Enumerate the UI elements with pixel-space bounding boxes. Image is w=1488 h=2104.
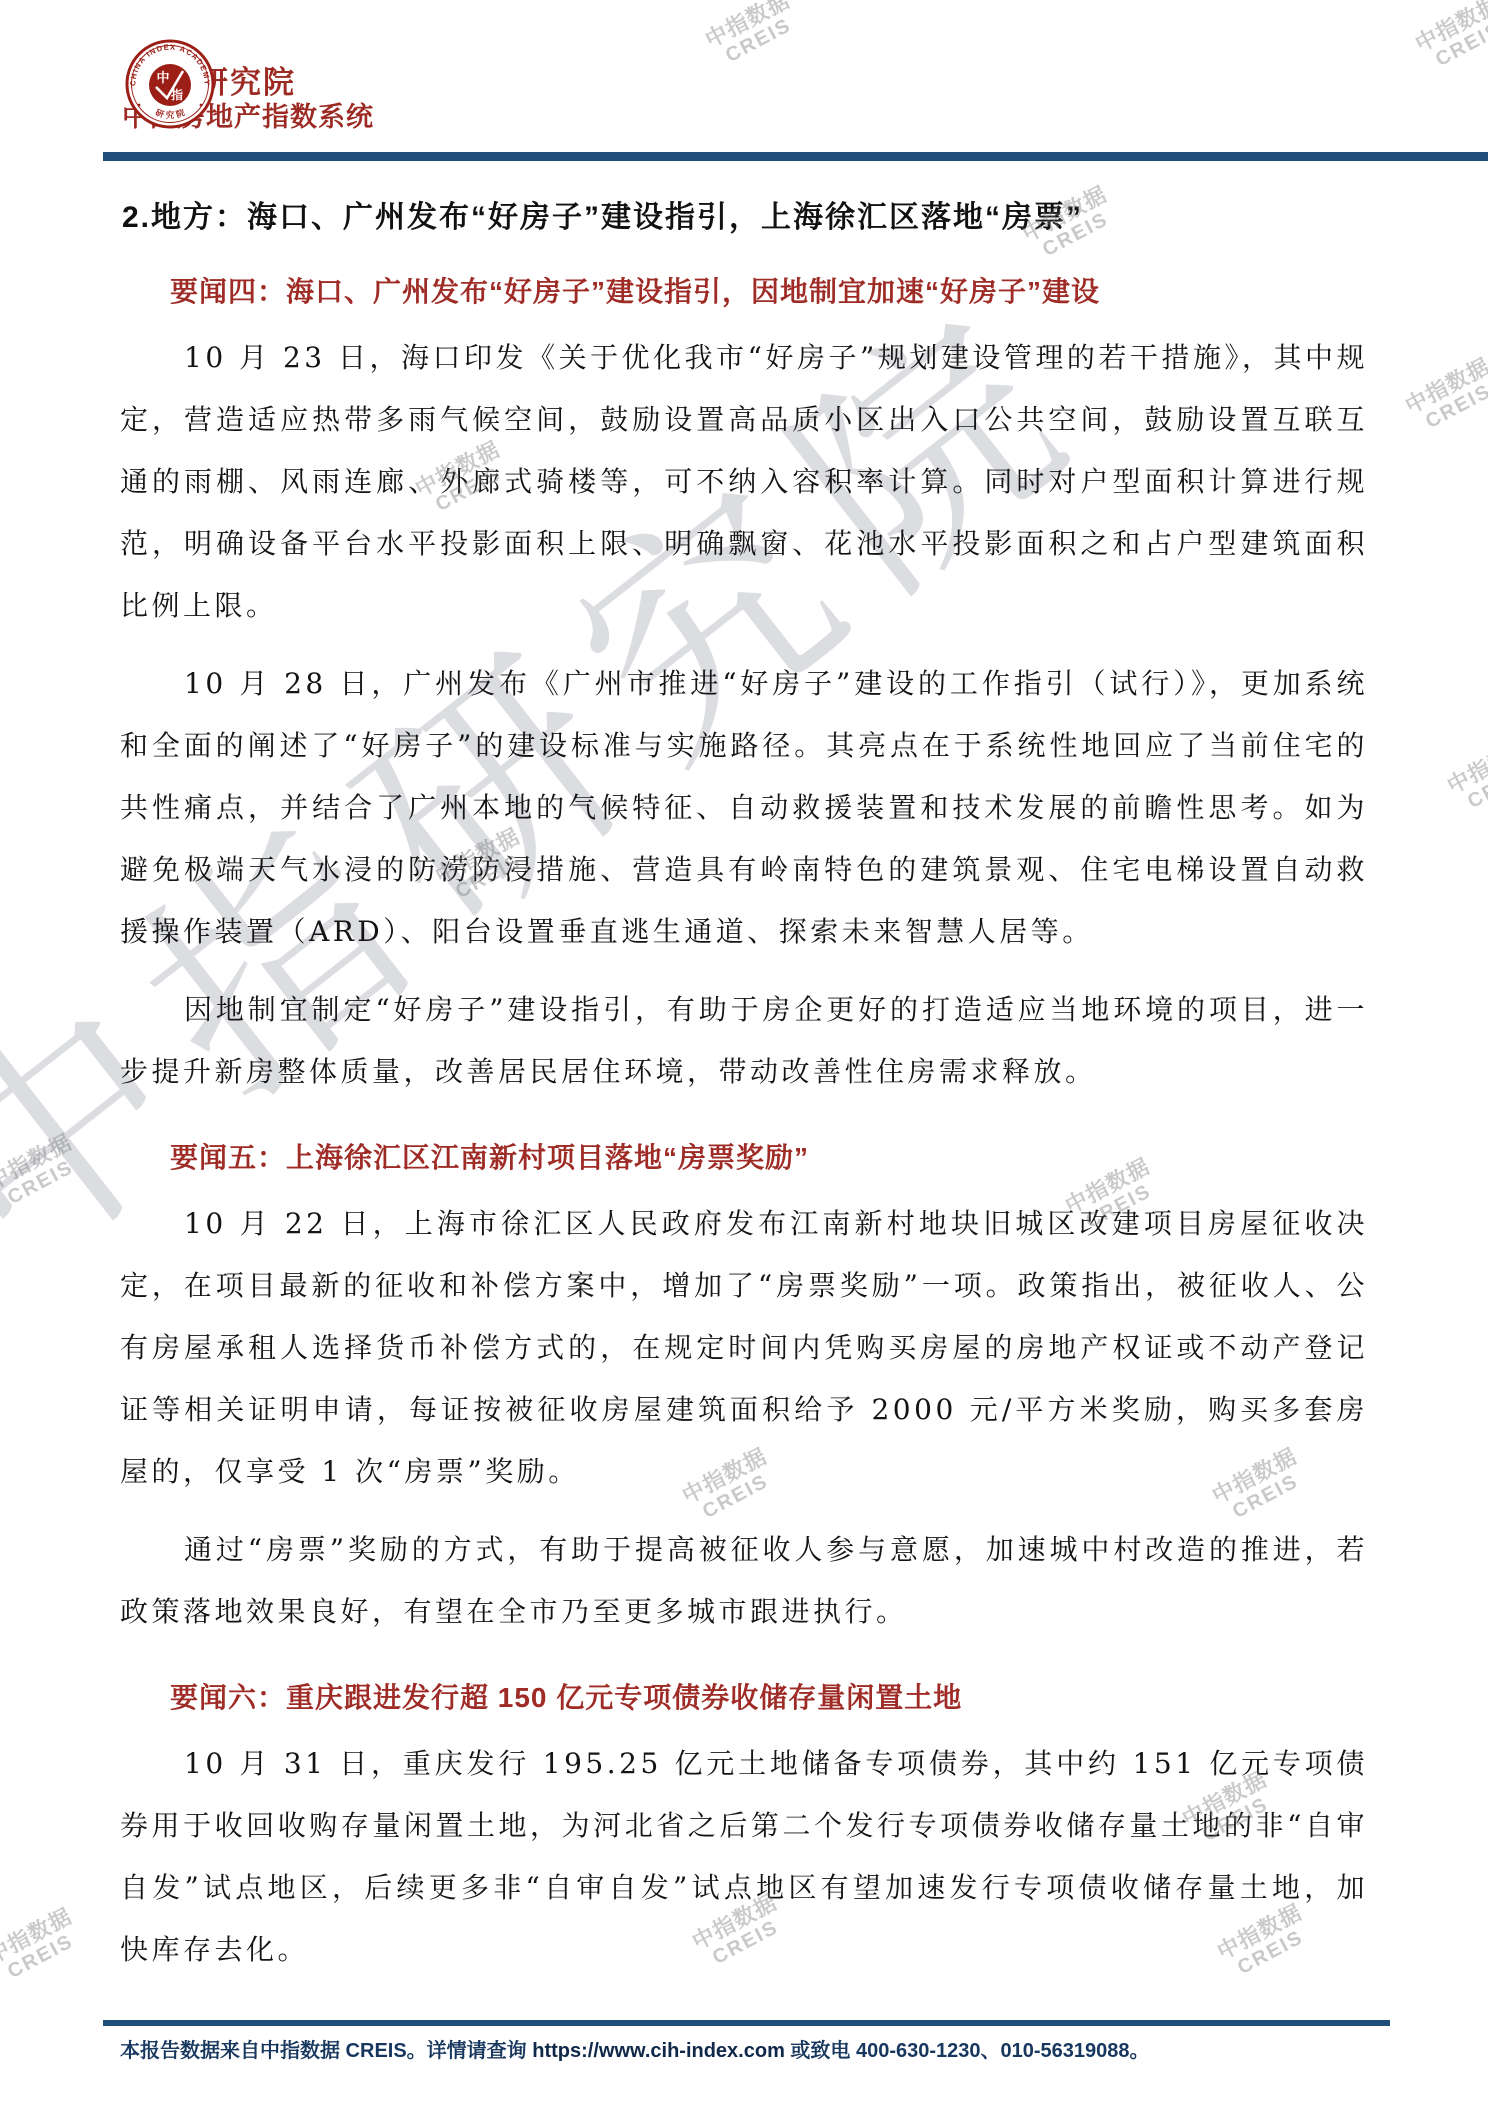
section-title: 2.地方：海口、广州发布“好房子”建设指引，上海徐汇区落地“房票” [122, 199, 1368, 237]
paragraph: 通过“房票”奖励的方式，有助于提高被征收人参与意愿，加速城中村改造的推进，若政策… [120, 1519, 1368, 1643]
article-heading: 要闻五：上海徐汇区江南新村项目落地“房票奖励” [120, 1139, 1368, 1177]
footer-text-prefix: 本报告数据来自中指数据 CREIS。详情请查询 [120, 2040, 532, 2062]
creis-watermark: 中指数据CREIS [1384, 344, 1488, 448]
footer-divider [103, 2020, 1390, 2026]
article-heading: 要闻四：海口、广州发布“好房子”建设指引，因地制宜加速“好房子”建设 [120, 273, 1368, 311]
report-body: 2.地方：海口、广州发布“好房子”建设指引，上海徐汇区落地“房票” 要闻四：海口… [120, 163, 1368, 1981]
article-news-5: 要闻五：上海徐汇区江南新村项目落地“房票奖励” 10 月 22 日，上海市徐汇区… [120, 1139, 1368, 1643]
seal-char-zhi: 指 [170, 87, 183, 102]
paragraph: 10 月 31 日，重庆发行 195.25 亿元土地储备专项债券，其中约 151… [120, 1733, 1368, 1981]
seal-char-zhong: 中 [156, 70, 169, 86]
paragraph: 10 月 28 日，广州发布《广州市推进“好房子”建设的工作指引（试行）》，更加… [120, 653, 1368, 963]
article-news-4: 要闻四：海口、广州发布“好房子”建设指引，因地制宜加速“好房子”建设 10 月 … [120, 273, 1368, 1103]
header-divider [103, 152, 1488, 161]
paragraph: 10 月 23 日，海口印发《关于优化我市“好房子”规划建设管理的若干措施》，其… [120, 327, 1368, 637]
creis-watermark: 中指数据CREIS [1394, 0, 1488, 86]
paragraph: 因地制宜制定“好房子”建设指引，有助于房企更好的打造适应当地环境的项目，进一步提… [120, 979, 1368, 1103]
report-page: 中指研究院 中指研究院 中国房地产指数系统 CHINA INDEX ACADEM… [0, 0, 1488, 2104]
cia-seal-logo: CHINA INDEX ACADEMY 中 指 研 究 院 [124, 38, 216, 130]
article-heading: 要闻六：重庆跟进发行超 150 亿元专项债券收储存量闲置土地 [120, 1679, 1368, 1717]
creis-watermark: 中指数据CREIS [0, 1894, 104, 1998]
article-news-6: 要闻六：重庆跟进发行超 150 亿元专项债券收储存量闲置土地 10 月 31 日… [120, 1679, 1368, 1981]
creis-watermark: 中指数据CREIS [684, 0, 821, 82]
footer-note: 本报告数据来自中指数据 CREIS。详情请查询 https://www.cih-… [120, 2034, 1420, 2063]
footer-text-suffix: 或致电 400-630-1230、010-56319088。 [785, 2040, 1150, 2062]
paragraph: 10 月 22 日，上海市徐汇区人民政府发布江南新村地块旧城区改建项目房屋征收决… [120, 1193, 1368, 1503]
footer-url: https://www.cih-index.com [532, 2040, 785, 2062]
creis-watermark: 中指数据CREIS [0, 1120, 104, 1224]
creis-watermark: 中指数据CREIS [1426, 724, 1488, 828]
